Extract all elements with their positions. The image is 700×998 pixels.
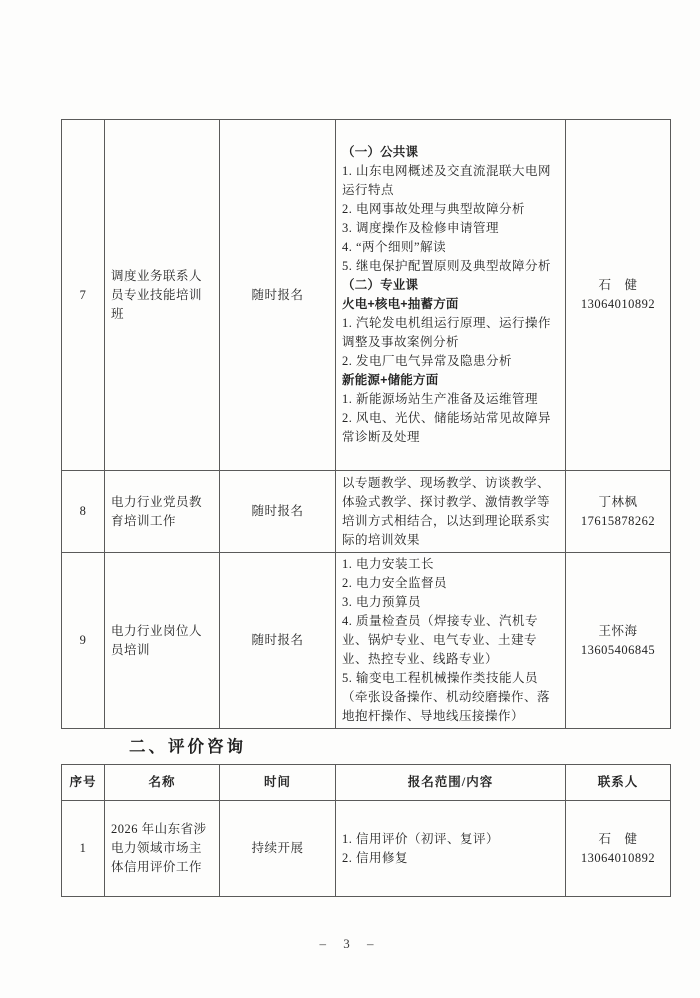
name-cell: 2026 年山东省涉电力领域市场主体信用评价工作 [105,801,220,897]
content-line: 5. 继电保护配置原则及典型故障分析 [342,257,559,276]
content-line: 4. “两个细则”解读 [342,238,559,257]
table-row: 7调度业务联系人员专业技能培训班随时报名（一）公共课1. 山东电网概述及交直流混… [62,120,671,471]
content-line: 3. 调度操作及检修申请管理 [342,219,559,238]
section-heading-evaluation: 二、评价咨询 [129,733,246,757]
content-cell: 1. 电力安装工长2. 电力安全监督员3. 电力预算员4. 质量检查员（焊接专业… [336,553,566,729]
contact-cell: 石 健13064010892 [566,120,671,471]
content-line: 火电+核电+抽蓄方面 [342,295,559,314]
header-scope: 报名范围/内容 [336,765,566,801]
contact-name: 丁林枫 [572,493,664,512]
header-time: 时间 [220,765,336,801]
content-line: 1. 信用评价（初评、复评） [342,830,559,849]
content-line: 2. 风电、光伏、储能场站常见故障异常诊断及处理 [342,409,559,447]
evaluation-table-head: 序号 名称 时间 报名范围/内容 联系人 [62,765,671,801]
contact-cell: 丁林枫17615878262 [566,471,671,553]
row-number-cell: 9 [62,553,105,729]
content-line: 1. 新能源场站生产准备及运维管理 [342,390,559,409]
time-cell: 随时报名 [220,120,336,471]
content-line: 2. 电力安全监督员 [342,574,559,593]
content-line: 新能源+储能方面 [342,371,559,390]
name-cell: 电力行业党员教育培训工作 [105,471,220,553]
training-table: 7调度业务联系人员专业技能培训班随时报名（一）公共课1. 山东电网概述及交直流混… [61,119,671,729]
contact-phone: 17615878262 [572,512,664,531]
document-page: 7调度业务联系人员专业技能培训班随时报名（一）公共课1. 山东电网概述及交直流混… [0,0,700,998]
content-line: 2. 电网事故处理与典型故障分析 [342,200,559,219]
table-row: 12026 年山东省涉电力领域市场主体信用评价工作持续开展1. 信用评价（初评、… [62,801,671,897]
content-line: 2. 发电厂电气异常及隐患分析 [342,352,559,371]
contact-phone: 13605406845 [572,641,664,660]
page-number: – 3 – [0,936,700,952]
name-cell: 调度业务联系人员专业技能培训班 [105,120,220,471]
contact-phone: 13064010892 [572,849,664,868]
time-cell: 随时报名 [220,471,336,553]
table-row: 9电力行业岗位人员培训随时报名1. 电力安装工长2. 电力安全监督员3. 电力预… [62,553,671,729]
name-cell: 电力行业岗位人员培训 [105,553,220,729]
time-cell: 随时报名 [220,553,336,729]
contact-cell: 王怀海13605406845 [566,553,671,729]
evaluation-table-body: 12026 年山东省涉电力领域市场主体信用评价工作持续开展1. 信用评价（初评、… [62,801,671,897]
contact-cell: 石 健13064010892 [566,801,671,897]
content-line: （一）公共课 [342,143,559,162]
content-cell: 以专题教学、现场教学、访谈教学、体验式教学、探讨教学、激情教学等培训方式相结合，… [336,471,566,553]
header-row: 序号 名称 时间 报名范围/内容 联系人 [62,765,671,801]
contact-name: 王怀海 [572,622,664,641]
content-cell: （一）公共课1. 山东电网概述及交直流混联大电网运行特点2. 电网事故处理与典型… [336,120,566,471]
content-line: 5. 输变电工程机械操作类技能人员（牵张设备操作、机动绞磨操作、落地抱杆操作、导… [342,669,559,726]
content-line: 3. 电力预算员 [342,593,559,612]
contact-name: 石 健 [572,830,664,849]
content-line: （二）专业课 [342,276,559,295]
table-row: 8电力行业党员教育培训工作随时报名以专题教学、现场教学、访谈教学、体验式教学、探… [62,471,671,553]
content-line: 1. 汽轮发电机组运行原理、运行操作调整及事故案例分析 [342,314,559,352]
row-number-cell: 8 [62,471,105,553]
content-line: 1. 电力安装工长 [342,555,559,574]
evaluation-table: 序号 名称 时间 报名范围/内容 联系人 12026 年山东省涉电力领域市场主体… [61,764,671,897]
content-line: 4. 质量检查员（焊接专业、汽机专业、锅炉专业、电气专业、土建专业、热控专业、线… [342,612,559,669]
header-contact: 联系人 [566,765,671,801]
header-name: 名称 [105,765,220,801]
contact-phone: 13064010892 [572,295,664,314]
training-table-body: 7调度业务联系人员专业技能培训班随时报名（一）公共课1. 山东电网概述及交直流混… [62,120,671,729]
row-number-cell: 7 [62,120,105,471]
content-line: 2. 信用修复 [342,849,559,868]
content-line: 以专题教学、现场教学、访谈教学、体验式教学、探讨教学、激情教学等培训方式相结合，… [342,474,559,550]
contact-name: 石 健 [572,276,664,295]
row-number-cell: 1 [62,801,105,897]
content-line: 1. 山东电网概述及交直流混联大电网运行特点 [342,162,559,200]
time-cell: 持续开展 [220,801,336,897]
header-no: 序号 [62,765,105,801]
content-cell: 1. 信用评价（初评、复评）2. 信用修复 [336,801,566,897]
